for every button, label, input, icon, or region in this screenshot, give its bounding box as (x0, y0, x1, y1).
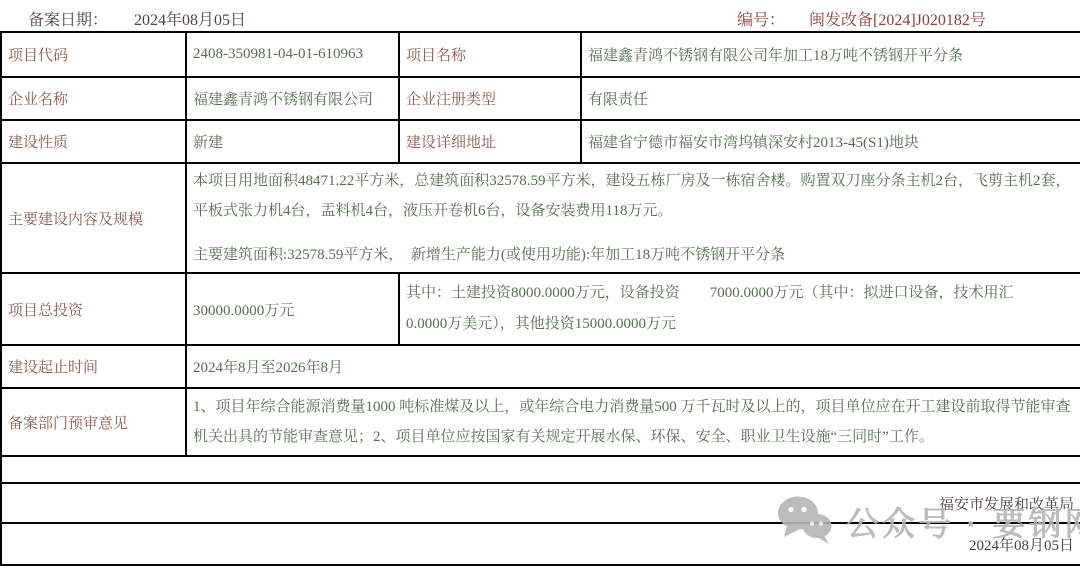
investment-detail-text: 其中：土建投资8000.0000万元，设备投资 7000.0000万元（其中：拟… (406, 278, 1074, 340)
construction-period-value: 2024年8月至2026年8月 (186, 345, 1080, 388)
registration-type-label: 企业注册类型 (399, 77, 581, 120)
table-row: 备案部门预审意见 1、项目年综合能源消费量1000 吨标准煤及以上，或年综合电力… (1, 388, 1080, 456)
project-name-value: 福建鑫青鸿不锈钢有限公司年加工18万吨不锈钢开平分条 (581, 32, 1080, 77)
review-opinion-text: 1、项目年综合能源消费量1000 吨标准煤及以上，或年综合电力消费量500 万千… (193, 392, 1074, 452)
top-header: 备案日期：2024年08月05日 编号：闽发改备[2024]J020182号 (0, 0, 1080, 31)
filing-date-label: 备案日期： (28, 12, 108, 29)
table-row (1, 456, 1080, 483)
issue-date: 2024年08月05日 (1, 523, 1080, 565)
main-content-paragraph-2: 主要建筑面积:32578.59平方米， 新增生产能力(或使用功能):年加工18万… (193, 240, 1074, 270)
project-code-value: 2408-350981-04-01-610963 (186, 32, 399, 77)
filing-record-table: 项目代码 2408-350981-04-01-610963 项目名称 福建鑫青鸿… (0, 31, 1080, 566)
filing-date: 备案日期：2024年08月05日 (28, 7, 246, 30)
construction-address-label: 建设详细地址 (399, 120, 581, 163)
doc-number: 编号：闽发改备[2024]J020182号 (737, 7, 986, 30)
table-row: 主要建设内容及规模 本项目用地面积48471.22平方米，总建筑面积32578.… (1, 163, 1080, 273)
project-code-label: 项目代码 (1, 32, 186, 77)
construction-nature-label: 建设性质 (1, 120, 186, 163)
table-row: 项目代码 2408-350981-04-01-610963 项目名称 福建鑫青鸿… (1, 32, 1080, 77)
company-name-label: 企业名称 (1, 77, 186, 120)
table-row: 建设性质 新建 建设详细地址 福建省宁德市福安市湾坞镇深安村2013-45(S1… (1, 120, 1080, 163)
filing-date-value: 2024年08月05日 (134, 12, 246, 29)
table-row: 福安市发展和改革局 (1, 483, 1080, 523)
review-opinion-label: 备案部门预审意见 (1, 388, 186, 456)
doc-number-label: 编号： (737, 12, 785, 29)
construction-address-value: 福建省宁德市福安市湾坞镇深安村2013-45(S1)地块 (581, 120, 1080, 163)
construction-nature-value: 新建 (186, 120, 399, 163)
table-row: 项目总投资 30000.0000万元 其中：土建投资8000.0000万元，设备… (1, 273, 1080, 345)
empty-row (1, 456, 1080, 483)
main-content-value: 本项目用地面积48471.22平方米，总建筑面积32578.59平方米，建设五栋… (186, 163, 1080, 273)
doc-number-value: 闽发改备[2024]J020182号 (809, 12, 986, 29)
registration-type-value: 有限责任 (581, 77, 1080, 120)
company-name-value: 福建鑫青鸿不锈钢有限公司 (186, 77, 399, 120)
total-investment-label: 项目总投资 (1, 273, 186, 345)
main-content-paragraph-1: 本项目用地面积48471.22平方米，总建筑面积32578.59平方米，建设五栋… (193, 166, 1074, 226)
main-content-label: 主要建设内容及规模 (1, 163, 186, 273)
review-opinion-value: 1、项目年综合能源消费量1000 吨标准煤及以上，或年综合电力消费量500 万千… (186, 388, 1080, 456)
table-row: 企业名称 福建鑫青鸿不锈钢有限公司 企业注册类型 有限责任 (1, 77, 1080, 120)
table-row: 建设起止时间 2024年8月至2026年8月 (1, 345, 1080, 388)
project-name-label: 项目名称 (399, 32, 581, 77)
table-row: 2024年08月05日 (1, 523, 1080, 565)
issuing-agency: 福安市发展和改革局 (1, 483, 1080, 523)
total-investment-value: 30000.0000万元 (186, 273, 399, 345)
investment-detail: 其中：土建投资8000.0000万元，设备投资 7000.0000万元（其中：拟… (399, 273, 1080, 345)
construction-period-label: 建设起止时间 (1, 345, 186, 388)
